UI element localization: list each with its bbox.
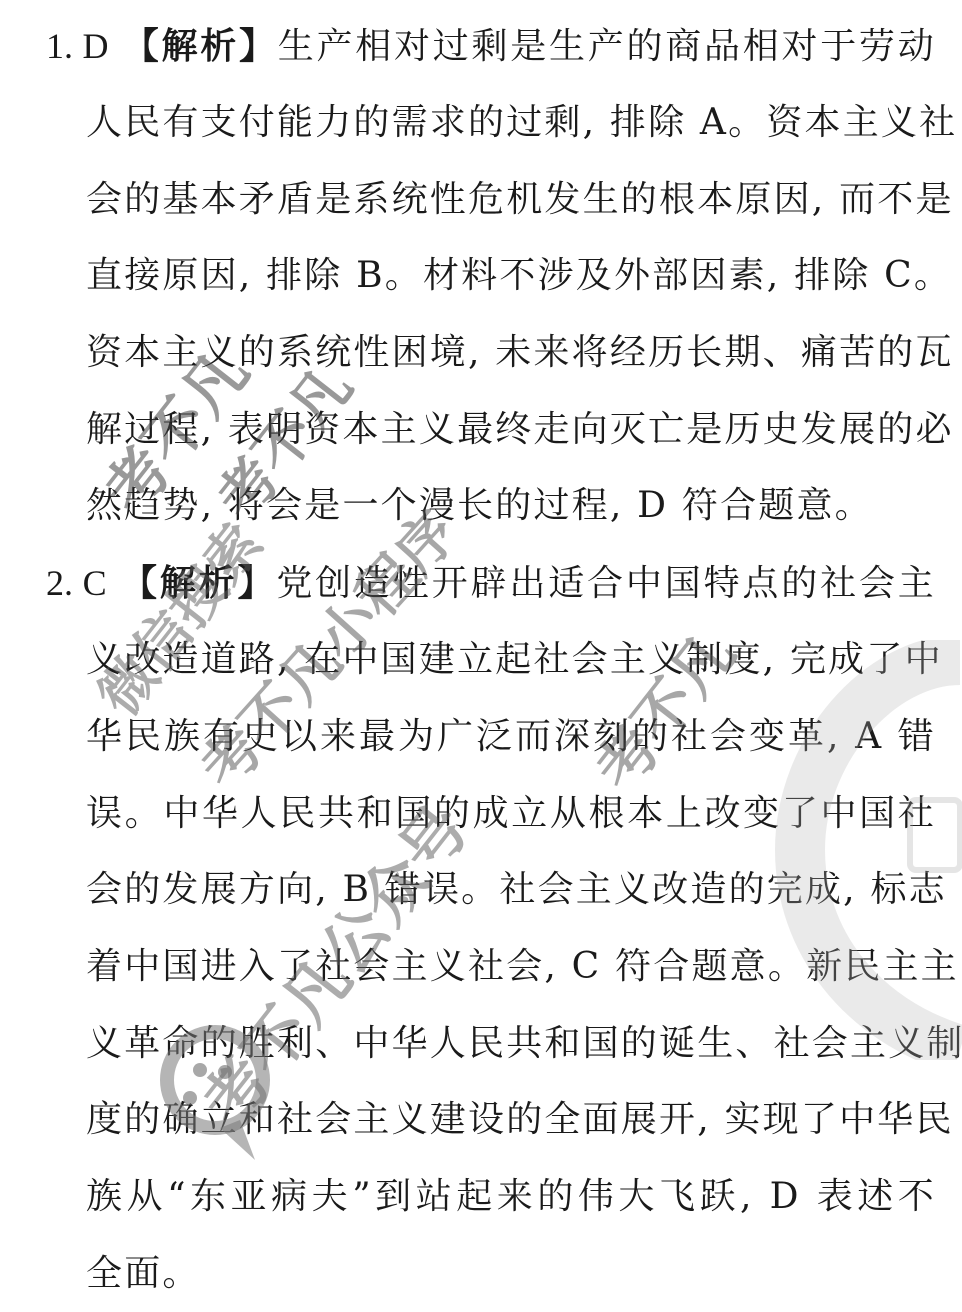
answer-1-line-4: 直接原因, 排除 B。材料不涉及外部因素, 排除 C。 — [86, 238, 936, 314]
document-page: 1. D 【解析】生产相对过剩是生产的商品相对于劳动 人民有支付能力的需求的过剩… — [0, 0, 962, 1312]
answer-2-line-3: 华民族有史以来最为广泛而深刻的社会变革, A 错 — [86, 699, 936, 775]
answer-1-line-3: 会的基本矛盾是系统性危机发生的根本原因, 而不是 — [86, 162, 936, 238]
answer-2-number: 2. C — [46, 563, 107, 603]
answer-2-line-7: 义革命的胜利、中华人民共和国的诞生、社会主义制 — [86, 1006, 936, 1082]
answer-1-number: 1. D — [46, 26, 109, 66]
answer-1-text: 生产相对过剩是生产的商品相对于劳动 — [278, 26, 936, 67]
answer-1-analysis-tag: 【解析】 — [123, 25, 278, 67]
answer-1-line-1: 1. D 【解析】生产相对过剩是生产的商品相对于劳动 — [46, 8, 936, 84]
answer-1-line-6: 解过程, 表明资本主义最终走向灭亡是历史发展的必 — [86, 392, 936, 468]
answer-2-line-4: 误。中华人民共和国的成立从根本上改变了中国社 — [86, 776, 936, 852]
answer-2-line-6: 着中国进入了社会主义社会, C 符合题意。新民主主 — [86, 929, 936, 1005]
answer-1-line-5: 资本主义的系统性困境, 未来将经历长期、痛苦的瓦 — [86, 315, 936, 391]
answer-2-line-10: 全面。 — [86, 1236, 936, 1312]
answer-1-line-7: 然趋势, 将会是一个漫长的过程, D 符合题意。 — [86, 468, 936, 544]
answer-2-line-9: 族从“东亚病夫”到站起来的伟大飞跃, D 表述不 — [86, 1159, 936, 1235]
answer-2-line-5: 会的发展方向, B 错误。社会主义改造的完成, 标志 — [86, 852, 936, 928]
answer-2-analysis-tag: 【解析】 — [121, 562, 276, 604]
answer-2-line-1: 2. C 【解析】党创造性开辟出适合中国特点的社会主 — [46, 545, 936, 621]
answer-2-line-2: 义改造道路, 在中国建立起社会主义制度, 完成了中 — [86, 622, 936, 698]
answer-2-line-8: 度的确立和社会主义建设的全面展开, 实现了中华民 — [86, 1082, 936, 1158]
answer-1-line-2: 人民有支付能力的需求的过剩, 排除 A。资本主义社 — [86, 85, 936, 161]
answer-2-text: 党创造性开辟出适合中国特点的社会主 — [276, 563, 936, 604]
